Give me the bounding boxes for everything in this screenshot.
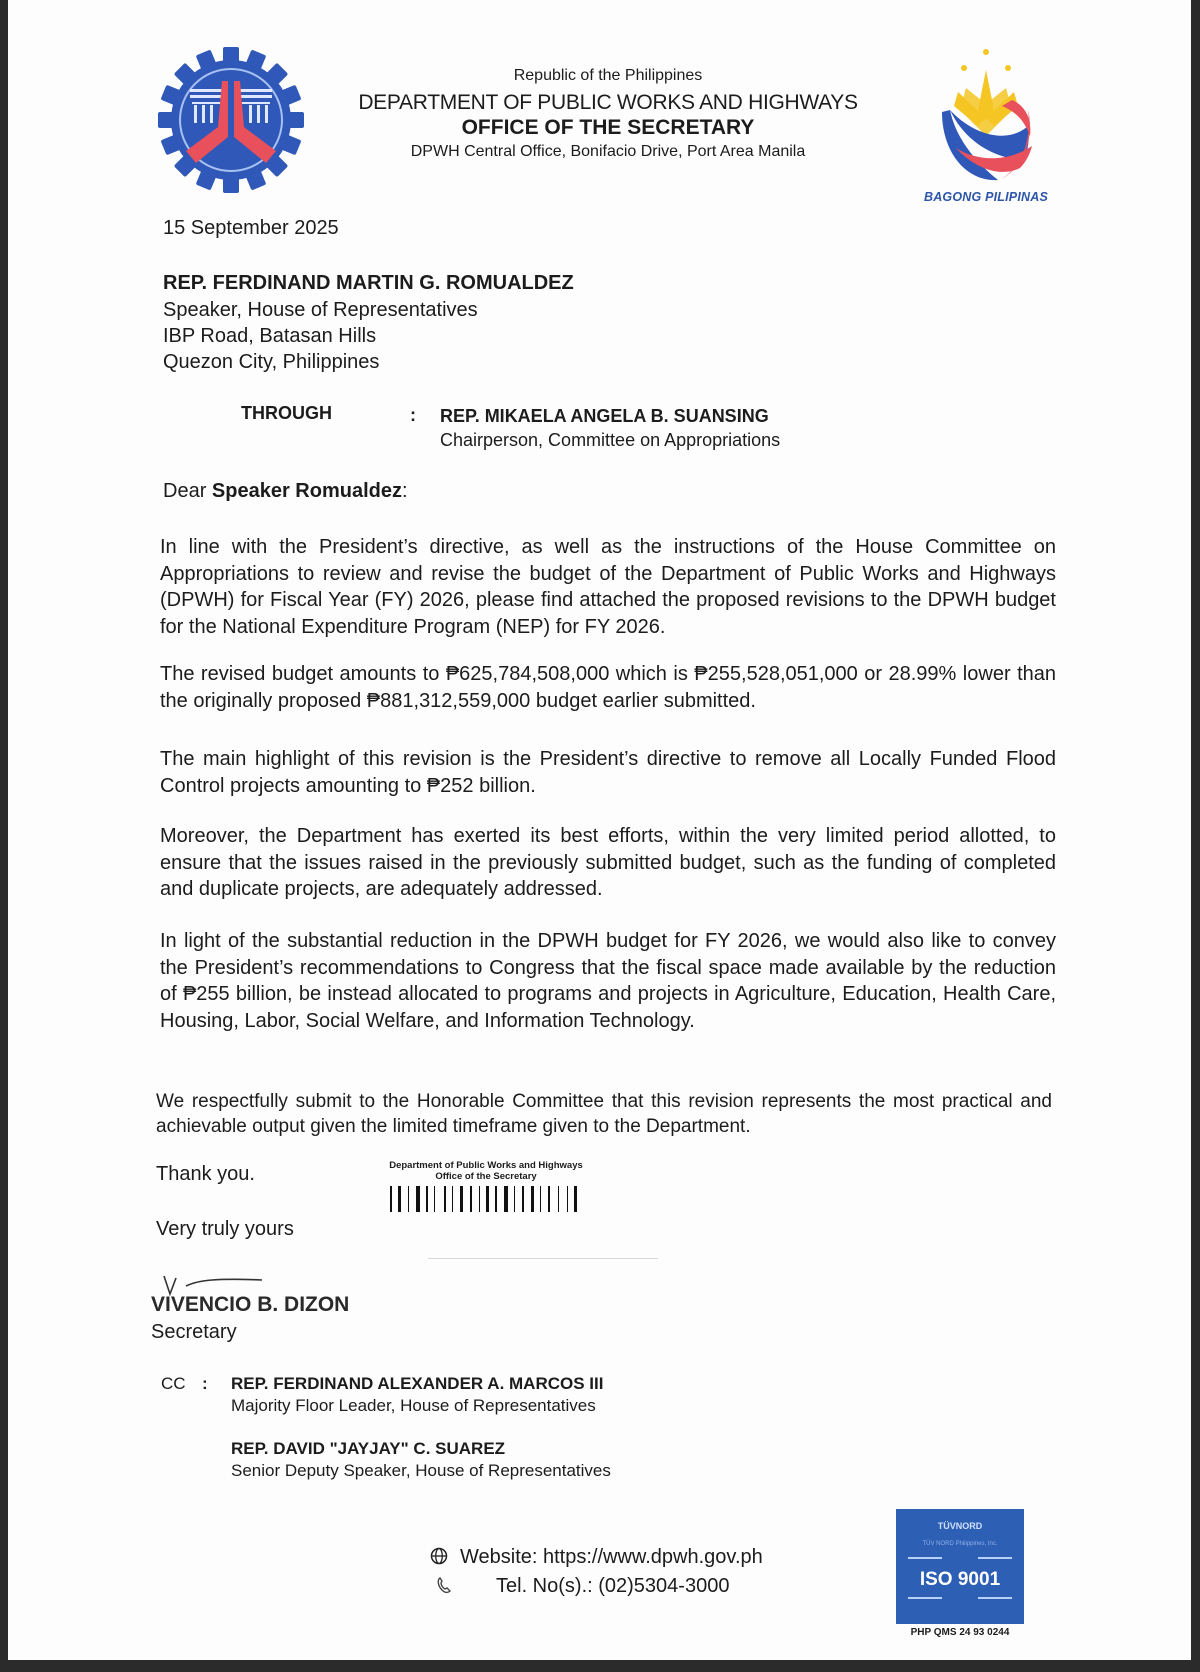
body-paragraph: In light of the substantial reduction in… — [160, 928, 1056, 1034]
letter-date: 15 September 2025 — [163, 215, 339, 241]
salutation: Dear Speaker Romualdez: — [163, 478, 408, 504]
footer-website: Website: https://www.dpwh.gov.ph — [430, 1546, 763, 1571]
barcode — [390, 1186, 582, 1212]
signatory-name: VIVENCIO B. DIZON — [151, 1293, 349, 1317]
receiving-stamp: Department of Public Works and Highways … — [368, 1160, 604, 1212]
through-separator: : — [410, 405, 416, 426]
letter-page: Republic of the Philippines DEPARTMENT O… — [8, 0, 1191, 1660]
cc-recipient: REP. FERDINAND ALEXANDER A. MARCOS III M… — [231, 1373, 603, 1417]
cc-recipient-title: Senior Deputy Speaker, House of Represen… — [231, 1460, 611, 1482]
telephone-number: Tel. No(s).: (02)5304-3000 — [496, 1575, 729, 1597]
recipient-line: IBP Road, Batasan Hills — [163, 323, 376, 349]
through-title: Chairperson, Committee on Appropriations — [440, 430, 780, 451]
through-label: THROUGH — [241, 403, 332, 424]
cc-recipient-title: Majority Floor Leader, House of Represen… — [231, 1395, 603, 1417]
cc-recipient-name: REP. FERDINAND ALEXANDER A. MARCOS III — [231, 1373, 603, 1395]
recipient-line: Speaker, House of Representatives — [163, 297, 478, 323]
body-paragraph: In line with the President’s directive, … — [160, 534, 1056, 640]
through-name: REP. MIKAELA ANGELA B. SUANSING — [440, 406, 769, 427]
stamp-department: Department of Public Works and Highways — [368, 1160, 604, 1171]
recipient-name: REP. FERDINAND MARTIN G. ROMUALDEZ — [163, 270, 574, 296]
cc-recipient-name: REP. DAVID "JAYJAY" C. SUAREZ — [231, 1438, 611, 1460]
cc-separator: : — [202, 1373, 208, 1395]
closing-phrase: Very truly yours — [156, 1218, 294, 1241]
cc-recipient: REP. DAVID "JAYJAY" C. SUAREZ Senior Dep… — [231, 1438, 611, 1482]
header-department: DEPARTMENT OF PUBLIC WORKS AND HIGHWAYS — [338, 91, 878, 115]
iso-certification-badge: TÜVNORD TÜV NORD Philippines, Inc. ISO 9… — [896, 1509, 1024, 1624]
recipient-line: Quezon City, Philippines — [163, 349, 379, 375]
body-paragraph: Moreover, the Department has exerted its… — [160, 823, 1056, 903]
footer-telephone: Tel. No(s).: (02)5304-3000 — [436, 1575, 729, 1600]
salutation-name: Speaker Romualdez — [212, 480, 402, 502]
salutation-suffix: : — [402, 480, 408, 502]
body-paragraph: The main highlight of this revision is t… — [160, 746, 1056, 799]
signature-line — [428, 1258, 658, 1259]
iso-standard: ISO 9001 — [896, 1569, 1024, 1591]
dpwh-gear-logo — [156, 45, 306, 195]
body-paragraph: The revised budget amounts to ₱625,784,5… — [160, 661, 1056, 714]
iso-brand: TÜVNORD — [896, 1521, 1024, 1531]
header-office: OFFICE OF THE SECRETARY — [338, 116, 878, 140]
cc-label: CC — [161, 1373, 186, 1395]
salutation-prefix: Dear — [163, 480, 212, 502]
iso-certificate-code: PHP QMS 24 93 0244 — [888, 1627, 1032, 1638]
bagong-pilipinas-text: BAGONG PILIPINAS — [916, 190, 1056, 204]
iso-subtitle: TÜV NORD Philippines, Inc. — [896, 1541, 1024, 1547]
header-address: DPWH Central Office, Bonifacio Drive, Po… — [338, 143, 878, 161]
website-link[interactable]: Website: https://www.dpwh.gov.ph — [460, 1546, 763, 1568]
closing-thanks: Thank you. — [156, 1163, 255, 1186]
stamp-office: Office of the Secretary — [368, 1171, 604, 1182]
body-paragraph: We respectfully submit to the Honorable … — [156, 1089, 1052, 1139]
phone-icon — [436, 1576, 452, 1600]
bagong-pilipinas-logo: BAGONG PILIPINAS — [916, 40, 1056, 210]
globe-icon — [430, 1547, 448, 1571]
header-republic: Republic of the Philippines — [338, 67, 878, 85]
signatory-title: Secretary — [151, 1321, 237, 1344]
